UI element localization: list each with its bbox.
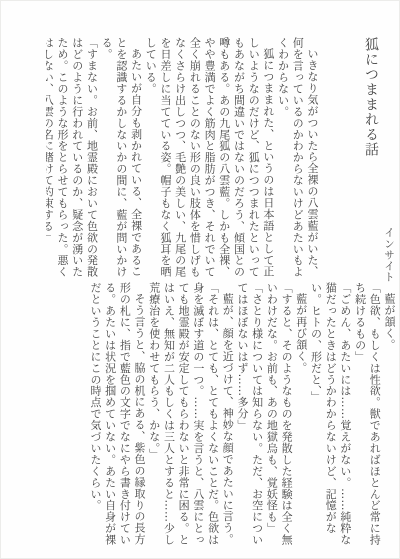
upper-paragraphs: いきなり気がついたら全裸の八雲藍がいた、何を言っているのかわからないけどあたいも…: [46, 37, 319, 282]
paragraph: 「ごめん、あたいには……覚えがない。……純粋な猫だったときはどうかわからないけど…: [308, 282, 352, 546]
lower-paragraphs: 藍が頷く。「色欲、もしくは性欲。獣であればほとんど常に持ち続けるもの」「ごめん、…: [87, 282, 396, 546]
author-name: インサイト: [381, 37, 396, 282]
paragraph: 藍が、顔を近づけて、神妙な顔であたいに言う。: [220, 282, 235, 546]
paragraph: 狐につままれた、というのは日本語として正しいようなのだけど、狐につつまれたといっ…: [143, 37, 275, 282]
lower-text-band: 藍が頷く。「色欲、もしくは性欲。獣であればほとんど常に持ち続けるもの」「ごめん、…: [46, 282, 396, 546]
paragraph: あたいが自分も剥かれている、全裸であることを認識するかしないかの間に、藍が問いか…: [98, 37, 142, 282]
paragraph: いきなり気がついたら全裸の八雲藍がいた、何を言っているのかわからないけどあたいも…: [275, 37, 319, 282]
paragraph: 「それは、とても、とてもよくないことだ。色欲は身を滅ぼす道の一つ。……実を言うと…: [146, 282, 220, 546]
upper-text-band: インサイト 狐につままれる話 いきなり気がついたら全裸の八雲藍がいた、何を言って…: [46, 37, 396, 282]
paragraph: 「さとり様については知らない。ただ、お空についてはほぼないはず……多分」: [234, 282, 263, 546]
paragraph: 「すると、そのようなものを発散した経験は全く無いわけだな。お前も、あの地獄烏も、…: [264, 282, 293, 546]
page-title: 狐につままれる話: [360, 37, 381, 282]
paragraph: 藍が頷く。: [381, 282, 396, 546]
paragraph: 「色欲、もしくは性欲。獣であればほとんど常に持ち続けるもの」: [352, 282, 381, 546]
paragraph: 藍が再び頷く。: [293, 282, 308, 546]
paragraph: そう言うと、脇の机にある、紫色の縁取りの長方形の札に、指で藍色の文字でなにやら書…: [87, 282, 146, 546]
paragraph: 「すまない。お前、地霊殿において色欲の発散はどのように行われているのか、疑念が湧…: [46, 37, 98, 282]
novel-page: インサイト 狐につままれる話 いきなり気がついたら全裸の八雲藍がいた、何を言って…: [0, 0, 400, 559]
